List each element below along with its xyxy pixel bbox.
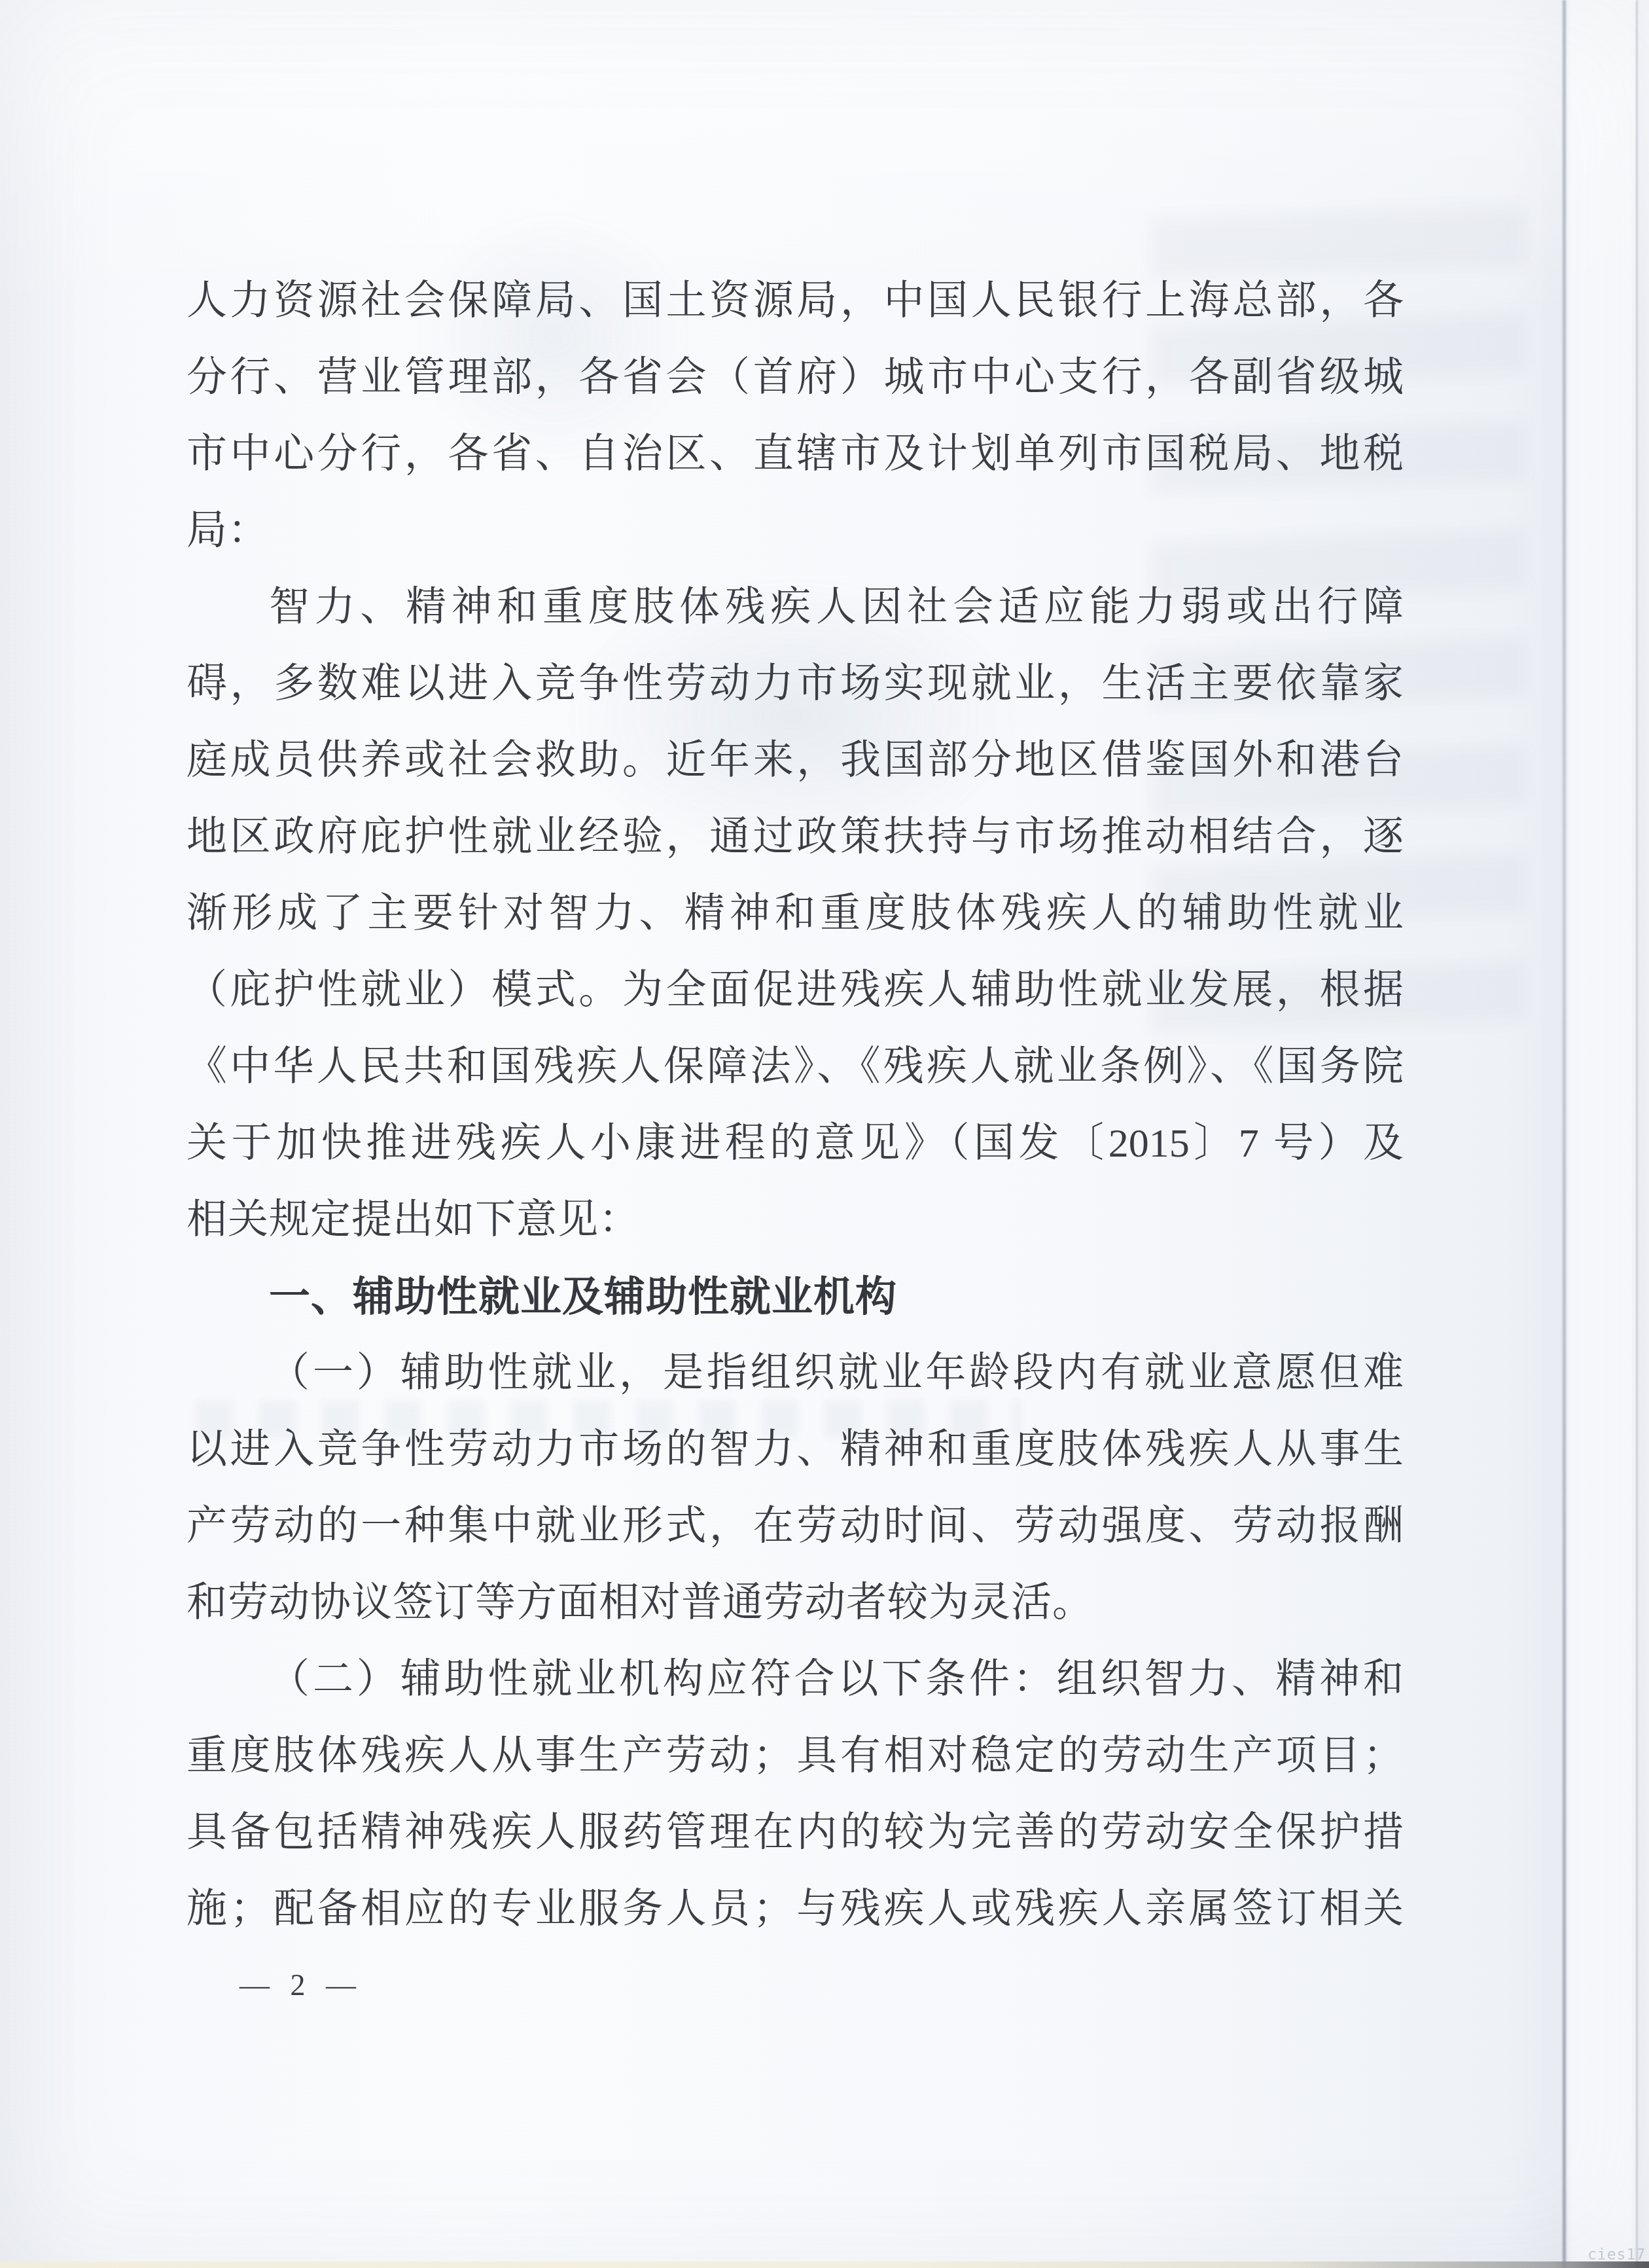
section-heading-line: 一、辅助性就业及辅助性就业机构 <box>186 1259 1404 1335</box>
text-line: 智力、精神和重度肢体残疾人因社会适应能力弱或出行障 <box>186 569 1404 646</box>
text-line: 和劳动协议签订等方面相对普通劳动者较为灵活。 <box>186 1565 1404 1642</box>
paper-crease-line <box>1563 0 1566 2268</box>
text-line: 具备包括精神残疾人服药管理在内的较为完善的劳动安全保护措 <box>186 1795 1404 1871</box>
text-line: 产劳动的一种集中就业形式，在劳动时间、劳动强度、劳动报酬 <box>186 1488 1404 1565</box>
text-line: （一）辅助性就业，是指组织就业年龄段内有就业意愿但难 <box>186 1335 1404 1412</box>
text-line: 分行、营业管理部，各省会（首府）城市中心支行，各副省级城 <box>186 340 1404 416</box>
paper-right-edge <box>1636 0 1638 2268</box>
text-line: 以进入竞争性劳动力市场的智力、精神和重度肢体残疾人从事生 <box>186 1412 1404 1488</box>
text-line: 重度肢体残疾人从事生产劳动；具有相对稳定的劳动生产项目； <box>186 1718 1404 1795</box>
text-line: 庭成员供养或社会救助。近年来，我国部分地区借鉴国外和港台 <box>186 723 1404 799</box>
text-line: 渐形成了主要针对智力、精神和重度肢体残疾人的辅助性就业 <box>186 876 1404 952</box>
text-line: 局： <box>186 493 1404 569</box>
scan-bottom-edge <box>0 2261 1649 2268</box>
text-line: （庇护性就业）模式。为全面促进残疾人辅助性就业发展，根据 <box>186 952 1404 1029</box>
page-number: — 2 — <box>239 1968 357 2002</box>
text-line: 市中心分行，各省、自治区、直辖市及计划单列市国税局、地税 <box>186 416 1404 493</box>
text-line: （二）辅助性就业机构应符合以下条件：组织智力、精神和 <box>186 1642 1404 1718</box>
text-line: 人力资源社会保障局、国土资源局，中国人民银行上海总部，各 <box>186 263 1404 340</box>
scanned-document-page: 人力资源社会保障局、国土资源局，中国人民银行上海总部，各分行、营业管理部，各省会… <box>0 0 1649 2268</box>
scan-watermark: cies17.co <box>1587 2246 1649 2263</box>
text-line: 施；配备相应的专业服务人员；与残疾人或残疾人亲属签订相关 <box>186 1871 1404 1948</box>
text-line: 关于加快推进残疾人小康进程的意见》（国发〔2015〕7 号）及 <box>186 1106 1404 1182</box>
text-line: 地区政府庇护性就业经验，通过政策扶持与市场推动相结合，逐 <box>186 799 1404 876</box>
text-line: 《中华人民共和国残疾人保障法》、《残疾人就业条例》、《国务院 <box>186 1029 1404 1106</box>
document-text-block: 人力资源社会保障局、国土资源局，中国人民银行上海总部，各分行、营业管理部，各省会… <box>186 263 1404 1948</box>
text-line: 碍，多数难以进入竞争性劳动力市场实现就业，生活主要依靠家 <box>186 646 1404 723</box>
text-line: 相关规定提出如下意见： <box>186 1182 1404 1259</box>
